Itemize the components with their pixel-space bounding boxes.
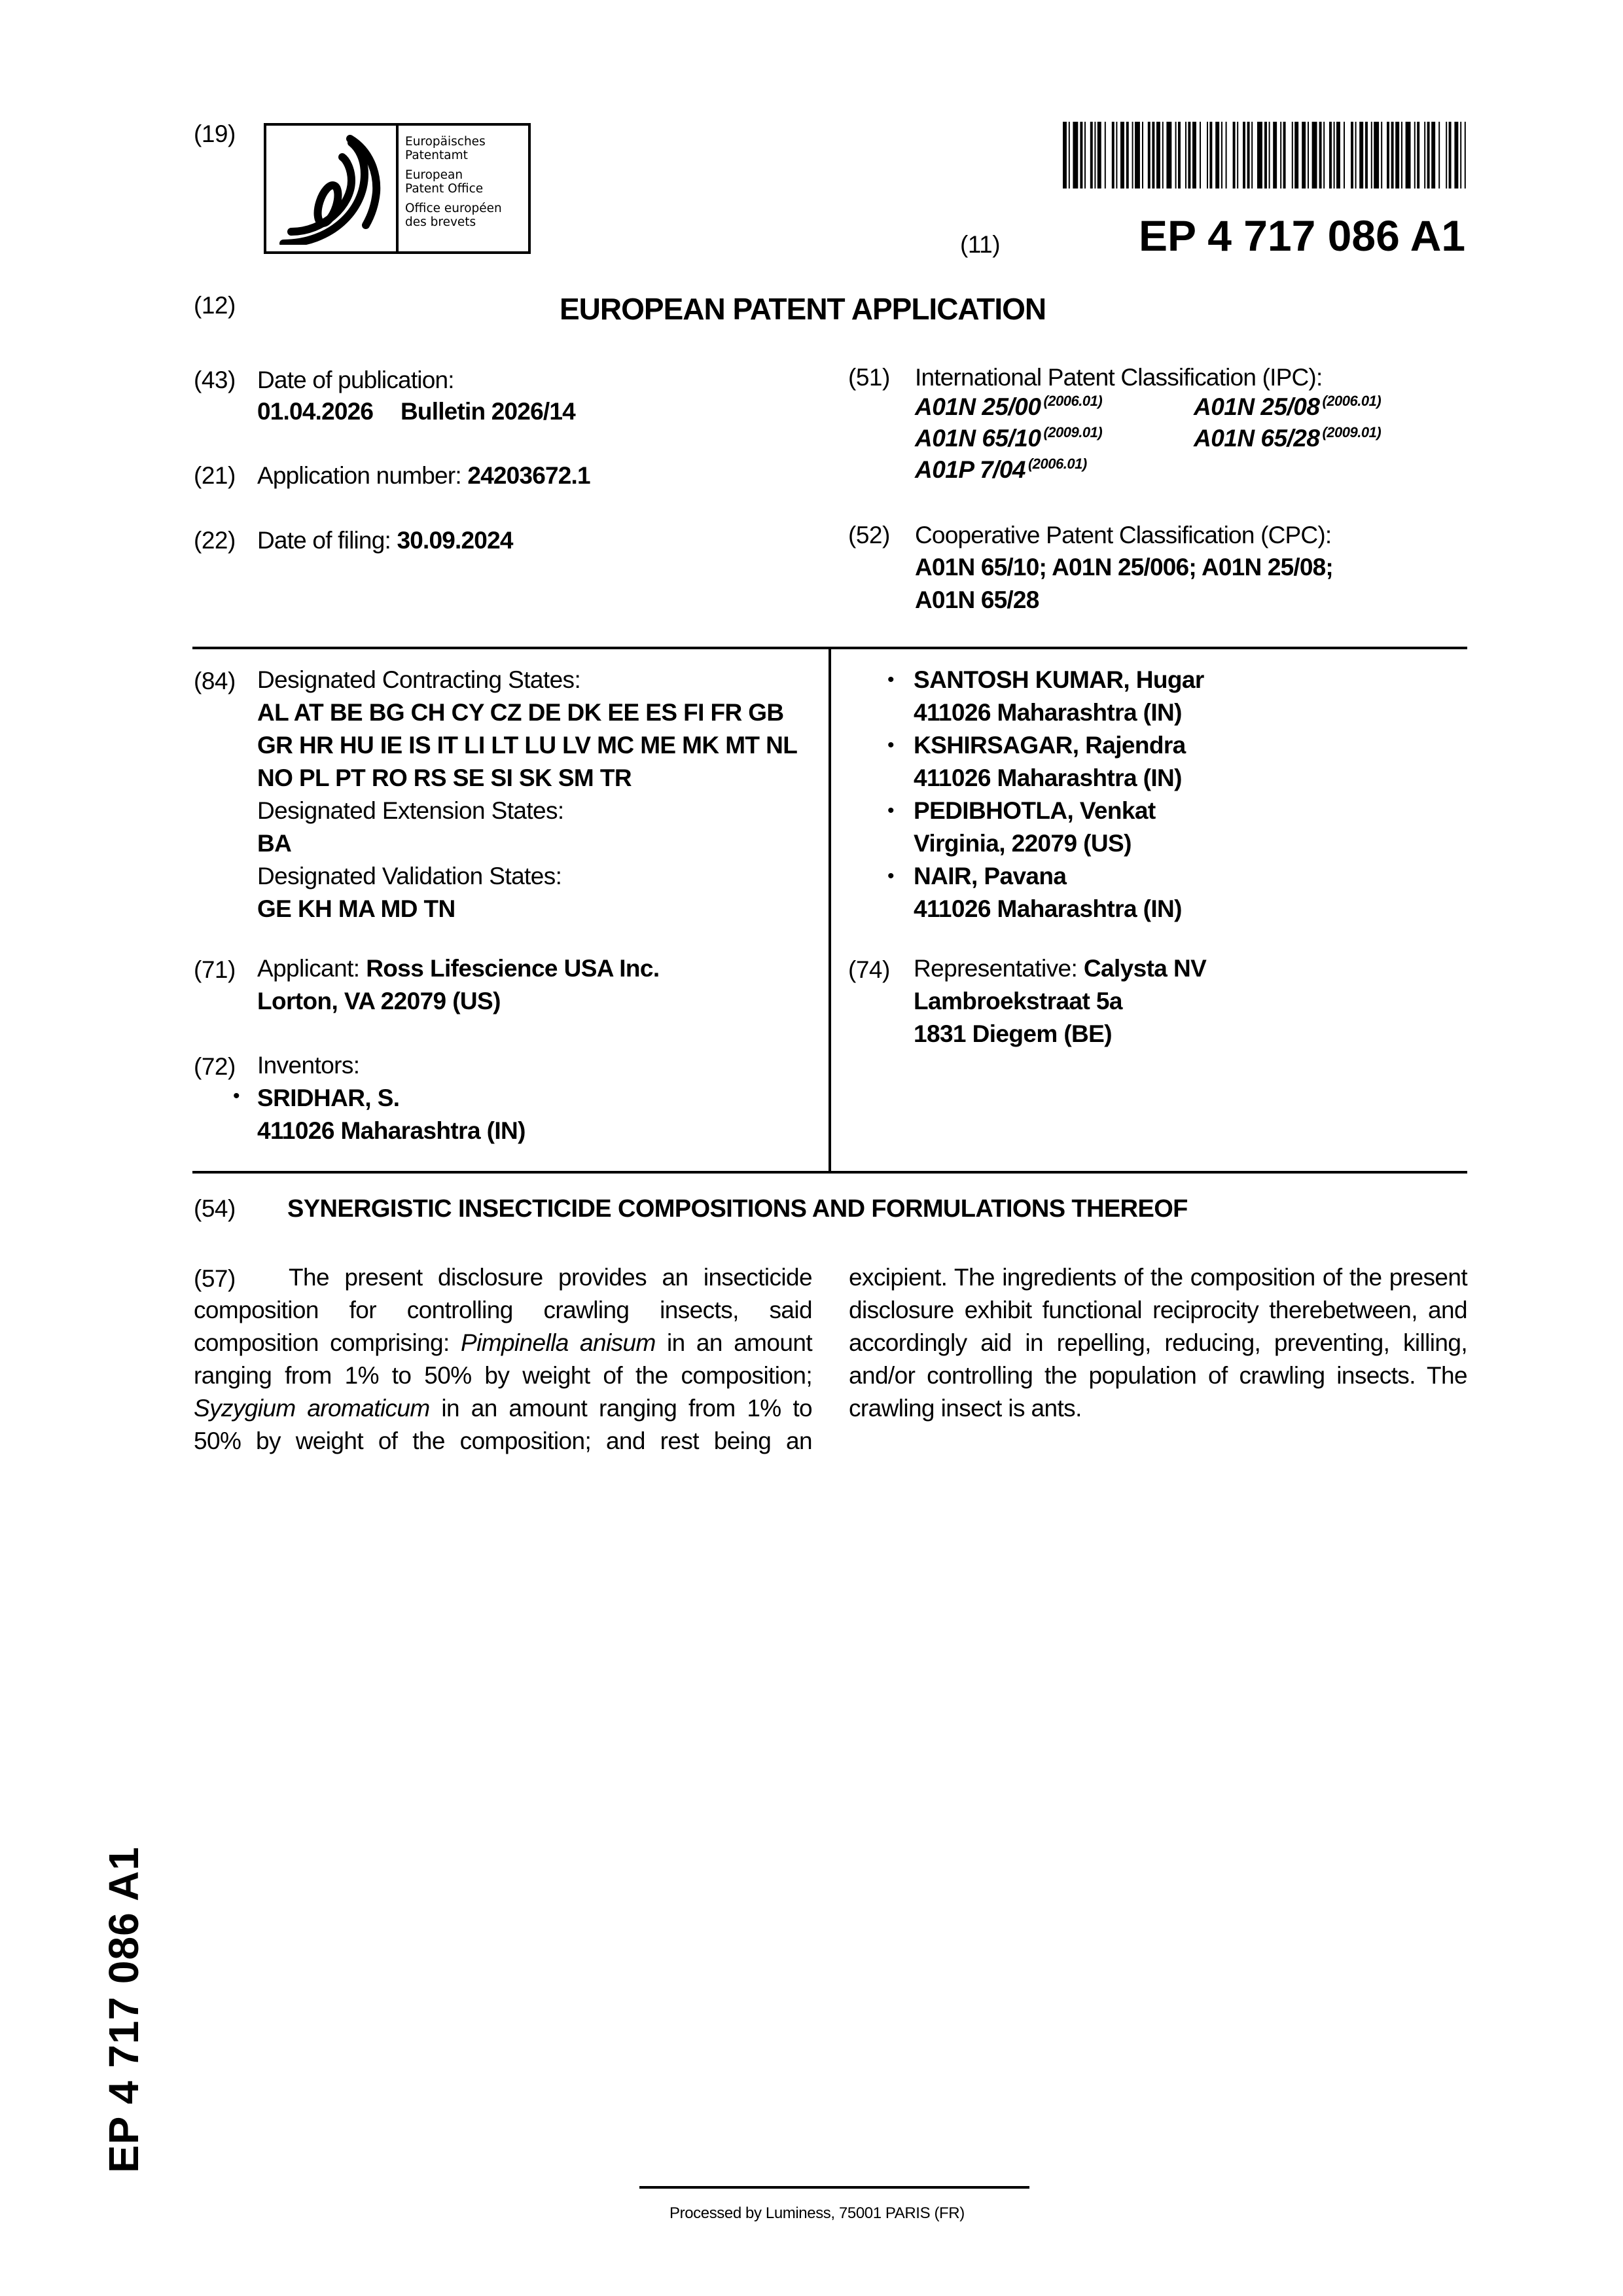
ipc-entry: A01N 65/28(2009.01) bbox=[1194, 424, 1381, 452]
footer-processor: Processed by Luminess, 75001 PARIS (FR) bbox=[669, 2204, 965, 2223]
abstract-text: The present disclosure provides an insec… bbox=[194, 1261, 1467, 1458]
inid-code-84: (84) bbox=[194, 668, 236, 695]
filing-date: 30.09.2024 bbox=[397, 527, 512, 554]
applicant-name: Ross Lifescience USA Inc. bbox=[366, 955, 659, 982]
ipc-label: International Patent Classification (IPC… bbox=[915, 364, 1322, 391]
barcode bbox=[1061, 122, 1467, 188]
representative-address: 1831 Diegem (BE) bbox=[914, 1018, 1206, 1050]
inventor-address: 411026 Maharashtra (IN) bbox=[914, 696, 1204, 729]
inid-code-11: (11) bbox=[960, 231, 1000, 259]
species-1: Pimpinella anisum bbox=[461, 1329, 656, 1356]
logo-divider bbox=[396, 126, 399, 251]
inventors-label: Inventors: bbox=[257, 1049, 359, 1082]
inid-code-22: (22) bbox=[194, 527, 236, 554]
inventor: SRIDHAR, S. 411026 Maharashtra (IN) bbox=[257, 1082, 526, 1147]
inid-code-19: (19) bbox=[194, 120, 236, 148]
validation-states-label: Designated Validation States: bbox=[257, 860, 797, 893]
office-name-de-2: Patentamt bbox=[405, 149, 502, 162]
office-name-en-2: Patent Office bbox=[405, 182, 502, 196]
designated-states: Designated Contracting States: AL AT BE … bbox=[257, 664, 797, 925]
office-name-en-1: European bbox=[405, 168, 502, 182]
representative-label: Representative: bbox=[914, 955, 1077, 982]
extension-states-label: Designated Extension States: bbox=[257, 795, 797, 827]
inid-code-52: (52) bbox=[848, 522, 890, 549]
inid-code-71: (71) bbox=[194, 956, 236, 984]
inventor-name: SANTOSH KUMAR, Hugar bbox=[914, 664, 1204, 696]
cpc-line: A01N 65/10; A01N 25/006; A01N 25/08; bbox=[915, 554, 1333, 581]
epo-logo-icon bbox=[278, 134, 389, 245]
inventor-name: SRIDHAR, S. bbox=[257, 1082, 526, 1115]
representative-address: Lambroekstraat 5a bbox=[914, 985, 1206, 1018]
inventor-name: NAIR, Pavana bbox=[914, 860, 1204, 893]
footer-rule bbox=[639, 2186, 1029, 2189]
bullet-icon: • bbox=[887, 669, 895, 691]
applicant-label: Applicant: bbox=[257, 955, 360, 982]
filing-date-field: Date of filing: 30.09.2024 bbox=[257, 527, 513, 554]
inventor-name: KSHIRSAGAR, Rajendra bbox=[914, 729, 1204, 762]
office-name-de-1: Europäisches bbox=[405, 135, 502, 149]
cpc-line: A01N 65/28 bbox=[915, 586, 1039, 614]
inventor-address: 411026 Maharashtra (IN) bbox=[914, 893, 1204, 925]
contracting-states-line: GR HR HU IE IS IT LI LT LU LV MC ME MK M… bbox=[257, 729, 797, 762]
bullet-icon: • bbox=[887, 734, 895, 757]
inid-code-51: (51) bbox=[848, 364, 890, 391]
application-number-label: Application number: bbox=[257, 462, 461, 489]
inid-code-12: (12) bbox=[194, 292, 236, 319]
epo-logo: Europäisches Patentamt European Patent O… bbox=[264, 123, 531, 254]
applicant: Applicant: Ross Lifescience USA Inc. Lor… bbox=[257, 952, 660, 1018]
office-name-fr-2: des brevets bbox=[405, 215, 502, 229]
abstract: The present disclosure provides an insec… bbox=[194, 1261, 1467, 1484]
application-number-field: Application number: 24203672.1 bbox=[257, 462, 590, 490]
ipc-entry: A01N 65/10(2009.01) bbox=[915, 424, 1102, 452]
applicant-address: Lorton, VA 22079 (US) bbox=[257, 985, 660, 1018]
validation-states: GE KH MA MD TN bbox=[257, 893, 797, 925]
invention-title: SYNERGISTIC INSECTICIDE COMPOSITIONS AND… bbox=[287, 1195, 1188, 1223]
contracting-states-line: AL AT BE BG CH CY CZ DE DK EE ES FI FR G… bbox=[257, 696, 797, 729]
ipc-entry: A01P 7/04(2006.01) bbox=[915, 456, 1087, 484]
inid-code-72: (72) bbox=[194, 1053, 236, 1081]
bullet-icon: • bbox=[233, 1085, 240, 1107]
inid-code-54: (54) bbox=[194, 1195, 236, 1223]
contracting-states-line: NO PL PT RO RS SE SI SK SM TR bbox=[257, 762, 797, 795]
inventor-address: 411026 Maharashtra (IN) bbox=[914, 762, 1204, 795]
publication-date-label: Date of publication: bbox=[257, 367, 454, 394]
cpc-label: Cooperative Patent Classification (CPC): bbox=[915, 522, 1331, 549]
office-names: Europäisches Patentamt European Patent O… bbox=[405, 135, 502, 229]
inventor-address: 411026 Maharashtra (IN) bbox=[257, 1115, 526, 1147]
inid-code-21: (21) bbox=[194, 462, 236, 490]
side-publication-number: EP 4 717 086 A1 bbox=[99, 1846, 148, 2173]
bulletin-number: Bulletin 2026/14 bbox=[401, 398, 575, 425]
species-2: Syzygium aromaticum bbox=[194, 1395, 430, 1422]
section-rule-bottom bbox=[192, 1171, 1467, 1174]
inid-code-43: (43) bbox=[194, 367, 236, 394]
ipc-entry: A01N 25/00(2006.01) bbox=[915, 393, 1102, 421]
application-number: 24203672.1 bbox=[467, 462, 590, 489]
representative: Representative: Calysta NV Lambroekstraa… bbox=[914, 952, 1206, 1050]
representative-name: Calysta NV bbox=[1084, 955, 1206, 982]
column-divider bbox=[829, 648, 831, 1173]
inventor-name: PEDIBHOTLA, Venkat bbox=[914, 795, 1204, 827]
inid-code-74: (74) bbox=[848, 956, 890, 984]
publication-number: EP 4 717 086 A1 bbox=[1139, 211, 1465, 260]
filing-date-label: Date of filing: bbox=[257, 527, 391, 554]
inventors-continued: SANTOSH KUMAR, Hugar 411026 Maharashtra … bbox=[914, 664, 1204, 925]
ipc-entry: A01N 25/08(2006.01) bbox=[1194, 393, 1381, 421]
document-type: EUROPEAN PATENT APPLICATION bbox=[560, 291, 1046, 327]
publication-date: 01.04.2026 bbox=[257, 398, 373, 425]
inventor-address: Virginia, 22079 (US) bbox=[914, 827, 1204, 860]
contracting-states-label: Designated Contracting States: bbox=[257, 664, 797, 696]
office-name-fr-1: Office européen bbox=[405, 202, 502, 215]
extension-states: BA bbox=[257, 827, 797, 860]
bullet-icon: • bbox=[887, 800, 895, 822]
bullet-icon: • bbox=[887, 865, 895, 888]
